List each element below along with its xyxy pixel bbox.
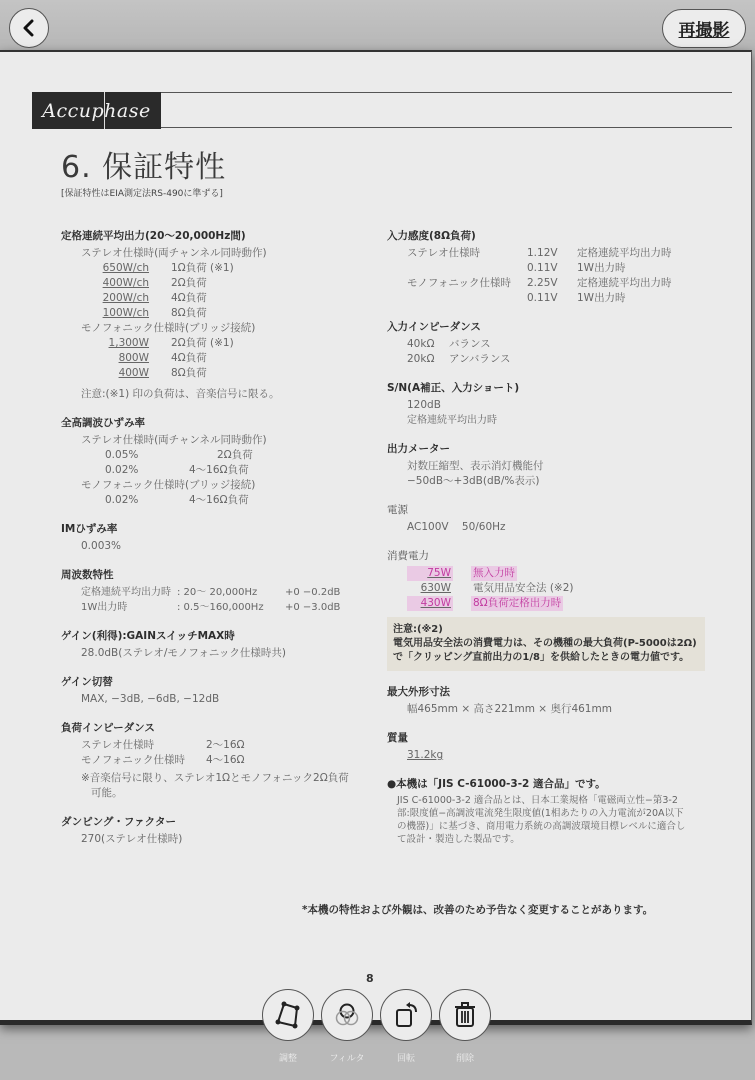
spec-row: 40kΩバランス	[387, 337, 697, 352]
power-note-box: 注意:(※2) 電気用品安全法の消費電力は、その機種の最大負荷(P-5000は2…	[387, 617, 705, 671]
rotate-button[interactable]: 回転	[380, 989, 432, 1064]
delete-label: 削除	[456, 1051, 474, 1064]
adjust-label: 調整	[279, 1051, 297, 1064]
spec-tolerance: +0 −0.2dB	[285, 585, 340, 600]
spec-row: 定格連続平均出力時: 20〜 20,000Hz+0 −0.2dB	[61, 585, 371, 600]
filter-icon	[332, 1000, 362, 1030]
spec-label	[407, 261, 527, 276]
power-supply-section: 電源 AC100V 50/60Hz	[387, 503, 697, 535]
spec-label: 1W出力時	[81, 600, 177, 615]
frequency-response-section: 周波数特性 定格連続平均出力時: 20〜 20,000Hz+0 −0.2dB 1…	[61, 568, 371, 615]
spec-row: 400W/ch2Ω負荷	[61, 276, 371, 291]
spec-value: 対数圧縮型、表示消灯機能付	[387, 459, 697, 474]
header-strip: Accuphase	[32, 92, 732, 128]
page-subtitle: [保証特性はEIA測定法RS-490に準ずる]	[61, 186, 223, 199]
spec-value: 0.02%	[105, 493, 167, 508]
spec-label: 8Ω負荷定格出力時	[471, 596, 563, 611]
spec-row: 1,300W2Ω負荷 (※1)	[61, 336, 371, 351]
spec-value: 31.2kg	[407, 748, 443, 763]
section-heading: ダンピング・ファクター	[61, 815, 371, 830]
spec-row: 31.2kg	[387, 748, 697, 763]
section-heading: 電源	[387, 503, 697, 518]
spec-row: 100W/ch8Ω負荷	[61, 306, 371, 321]
dimensions-section: 最大外形寸法 幅465mm × 高さ221mm × 奥行461mm	[387, 685, 697, 717]
spec-load: 4〜16Ω負荷	[189, 493, 249, 508]
spec-label: バランス	[449, 337, 491, 352]
spec-row: モノフォニック仕様時2.25V定格連続平均出力時	[387, 276, 697, 291]
spec-load: 2Ω負荷	[171, 276, 207, 291]
spec-row: 650W/ch1Ω負荷 (※1)	[61, 261, 371, 276]
section-heading: 入力感度(8Ω負荷)	[387, 229, 697, 244]
spec-value: MAX, −3dB, −6dB, −12dB	[61, 692, 371, 707]
spec-row: 430W8Ω負荷定格出力時	[387, 596, 697, 611]
spec-value: 100W/ch	[61, 306, 149, 321]
section-heading: 質量	[387, 731, 697, 746]
spec-label: アンバランス	[449, 352, 511, 367]
spec-label: 電気用品安全法 (※2)	[471, 581, 576, 596]
spec-value: 0.11V	[527, 261, 577, 276]
spec-value: 630W	[407, 581, 453, 596]
spec-value: 200W/ch	[61, 291, 149, 306]
gain-section: ゲイン(利得):GAINスイッチMAX時 28.0dB(ステレオ/モノフォニック…	[61, 629, 371, 661]
spec-load: 4〜16Ω負荷	[189, 463, 249, 478]
spec-value: 400W	[61, 366, 149, 381]
section-heading: S/N(A補正、入力ショート)	[387, 381, 697, 396]
back-button[interactable]	[9, 8, 49, 48]
spec-condition: 定格連続平均出力時	[387, 413, 697, 428]
scanned-document-page: Accuphase 6. 保証特性 [保証特性はEIA測定法RS-490に準ずる…	[0, 50, 752, 1025]
brand-name: Accuphase	[42, 100, 150, 122]
sub-label: モノフォニック仕様時(ブリッジ接続)	[61, 321, 371, 336]
spec-range: : 20〜 20,000Hz	[177, 585, 285, 600]
spec-value: 28.0dB(ステレオ/モノフォニック仕様時共)	[61, 646, 371, 661]
spec-value: 40kΩ	[407, 337, 449, 352]
spec-value: 430W	[407, 596, 453, 611]
spec-label: ステレオ仕様時	[81, 738, 206, 753]
trash-icon	[450, 1000, 480, 1030]
spec-label: 定格連続平均出力時	[81, 585, 177, 600]
retake-button[interactable]: 再撮影	[662, 9, 746, 48]
chevron-left-icon	[20, 19, 38, 37]
spec-value: 0.11V	[527, 291, 577, 306]
damping-section: ダンピング・ファクター 270(ステレオ仕様時)	[61, 815, 371, 847]
spec-value: 20kΩ	[407, 352, 449, 367]
load-impedance-section: 負荷インピーダンス ステレオ仕様時2〜16Ω モノフォニック仕様時4〜16Ω ※…	[61, 721, 371, 801]
rotate-button-circle[interactable]	[380, 989, 432, 1041]
sub-label: ステレオ仕様時(両チャンネル同時動作)	[61, 246, 371, 261]
filter-button[interactable]: フィルタ	[321, 989, 373, 1064]
spec-load: 8Ω負荷	[171, 366, 207, 381]
spec-label: モノフォニック仕様時	[407, 276, 527, 291]
spec-value: 1,300W	[61, 336, 149, 351]
spec-value: 0.02%	[105, 463, 167, 478]
section-heading: ●本機は「JIS C-61000-3-2 適合品」です。	[387, 777, 697, 792]
gain-switch-section: ゲイン切替 MAX, −3dB, −6dB, −12dB	[61, 675, 371, 707]
section-heading: ゲイン切替	[61, 675, 371, 690]
spec-row: 20kΩアンバランス	[387, 352, 697, 367]
spec-row: 400W8Ω負荷	[61, 366, 371, 381]
section-heading: ゲイン(利得):GAINスイッチMAX時	[61, 629, 371, 644]
brand-logo: Accuphase	[32, 92, 161, 129]
spec-value: 0.003%	[61, 539, 371, 554]
spec-row: 1W出力時: 0.5〜160,000Hz+0 −3.0dB	[61, 600, 371, 615]
spec-row: 0.02%4〜16Ω負荷	[61, 463, 371, 478]
output-meter-section: 出力メーター 対数圧縮型、表示消灯機能付 −50dB〜+3dB(dB/%表示)	[387, 442, 697, 489]
thd-section: 全高調波ひずみ率 ステレオ仕様時(両チャンネル同時動作) 0.05%2Ω負荷 0…	[61, 416, 371, 508]
power-consumption-section: 消費電力 75W無入力時 630W電気用品安全法 (※2) 430W8Ω負荷定格…	[387, 549, 697, 671]
spec-load: 4Ω負荷	[171, 291, 207, 306]
spec-value: 650W/ch	[61, 261, 149, 276]
spec-value: 120dB	[387, 398, 697, 413]
crop-adjust-icon	[273, 1000, 303, 1030]
spec-load: 1Ω負荷 (※1)	[171, 261, 234, 276]
section-heading: 入力インピーダンス	[387, 320, 697, 335]
spec-tolerance: +0 −3.0dB	[285, 600, 340, 615]
sn-ratio-section: S/N(A補正、入力ショート) 120dB 定格連続平均出力時	[387, 381, 697, 428]
mass-section: 質量 31.2kg	[387, 731, 697, 763]
spec-row: 200W/ch4Ω負荷	[61, 291, 371, 306]
spec-range: : 0.5〜160,000Hz	[177, 600, 285, 615]
spec-load: 2Ω負荷	[189, 448, 253, 463]
spec-condition: 1W出力時	[577, 261, 626, 276]
spec-condition: 1W出力時	[577, 291, 626, 306]
section-heading: 負荷インピーダンス	[61, 721, 371, 736]
section-heading: 出力メーター	[387, 442, 697, 457]
spec-row: 0.11V1W出力時	[387, 291, 697, 306]
right-column: 入力感度(8Ω負荷) ステレオ仕様時1.12V定格連続平均出力時 0.11V1W…	[387, 229, 697, 860]
note: ※音楽信号に限り、ステレオ1Ωとモノフォニック2Ω負荷	[61, 771, 371, 786]
spec-label: 無入力時	[471, 566, 517, 581]
rotate-label: 回転	[397, 1051, 415, 1064]
spec-label: モノフォニック仕様時	[81, 753, 206, 768]
sub-label: モノフォニック仕様時(ブリッジ接続)	[61, 478, 371, 493]
adjust-button[interactable]: 調整	[262, 989, 314, 1064]
spec-load: 2Ω負荷 (※1)	[171, 336, 234, 351]
footnote: *本機の特性および外観は、改善のため予告なく変更することがあります。	[302, 902, 653, 917]
spec-value: 2.25V	[527, 276, 577, 291]
section-heading: 定格連続平均出力(20〜20,000Hz間)	[61, 229, 371, 244]
spec-value: 270(ステレオ仕様時)	[61, 832, 371, 847]
spec-row: 630W電気用品安全法 (※2)	[387, 581, 697, 596]
jis-body: JIS C-61000-3-2 適合品とは、日本工業規格「電磁両立性−第3-2部…	[387, 794, 687, 846]
note-title: 注意:(※2)	[393, 623, 699, 637]
spec-row: 0.02%4〜16Ω負荷	[61, 493, 371, 508]
spec-value: 75W	[407, 566, 453, 581]
filter-label: フィルタ	[330, 1051, 365, 1064]
note-body: 電気用品安全法の消費電力は、その機種の最大負荷(P-5000は2Ω)で「クリッピ…	[393, 637, 699, 665]
page-number: 8	[366, 972, 374, 985]
imd-section: IMひずみ率 0.003%	[61, 522, 371, 554]
input-impedance-section: 入力インピーダンス 40kΩバランス 20kΩアンバランス	[387, 320, 697, 367]
spec-row: モノフォニック仕様時4〜16Ω	[61, 753, 371, 768]
page-title: 6. 保証特性	[61, 142, 226, 186]
section-heading: 最大外形寸法	[387, 685, 697, 700]
spec-value: 4〜16Ω	[206, 753, 245, 768]
spec-row: ステレオ仕様時1.12V定格連続平均出力時	[387, 246, 697, 261]
spec-value: 2〜16Ω	[206, 738, 245, 753]
adjust-button-circle[interactable]	[262, 989, 314, 1041]
spec-row: ステレオ仕様時2〜16Ω	[61, 738, 371, 753]
logo-divider	[104, 92, 105, 129]
spec-label	[407, 291, 527, 306]
input-sensitivity-section: 入力感度(8Ω負荷) ステレオ仕様時1.12V定格連続平均出力時 0.11V1W…	[387, 229, 697, 306]
left-column: 定格連続平均出力(20〜20,000Hz間) ステレオ仕様時(両チャンネル同時動…	[61, 229, 371, 861]
spec-load: 8Ω負荷	[171, 306, 207, 321]
section-heading: IMひずみ率	[61, 522, 371, 537]
spec-value: 400W/ch	[61, 276, 149, 291]
spec-value: 1.12V	[527, 246, 577, 261]
note: 注意:(※1) 印の負荷は、音楽信号に限る。	[61, 387, 371, 402]
spec-condition: 定格連続平均出力時	[577, 246, 672, 261]
section-heading: 周波数特性	[61, 568, 371, 583]
section-heading: 全高調波ひずみ率	[61, 416, 371, 431]
section-heading: 消費電力	[387, 549, 697, 564]
spec-value: −50dB〜+3dB(dB/%表示)	[387, 474, 697, 489]
spec-value: 幅465mm × 高さ221mm × 奥行461mm	[387, 702, 697, 717]
sub-label: ステレオ仕様時(両チャンネル同時動作)	[61, 433, 371, 448]
bottom-toolbar: 調整 フィルタ 回転 削除	[262, 989, 491, 1064]
rated-output-section: 定格連続平均出力(20〜20,000Hz間) ステレオ仕様時(両チャンネル同時動…	[61, 229, 371, 402]
spec-row: 800W4Ω負荷	[61, 351, 371, 366]
spec-label: ステレオ仕様時	[407, 246, 527, 261]
spec-row: 0.05%2Ω負荷	[61, 448, 371, 463]
spec-value: AC100V 50/60Hz	[387, 520, 697, 535]
delete-button[interactable]: 削除	[439, 989, 491, 1064]
delete-button-circle[interactable]	[439, 989, 491, 1041]
spec-row: 0.11V1W出力時	[387, 261, 697, 276]
spec-value: 800W	[61, 351, 149, 366]
spec-condition: 定格連続平均出力時	[577, 276, 672, 291]
top-bar: 再撮影	[0, 0, 755, 52]
rotate-icon	[391, 1000, 421, 1030]
jis-section: ●本機は「JIS C-61000-3-2 適合品」です。 JIS C-61000…	[387, 777, 697, 846]
filter-button-circle[interactable]	[321, 989, 373, 1041]
spec-load: 4Ω負荷	[171, 351, 207, 366]
spec-value: 0.05%	[105, 448, 167, 463]
note: 可能。	[61, 786, 371, 801]
spec-row: 75W無入力時	[387, 566, 697, 581]
